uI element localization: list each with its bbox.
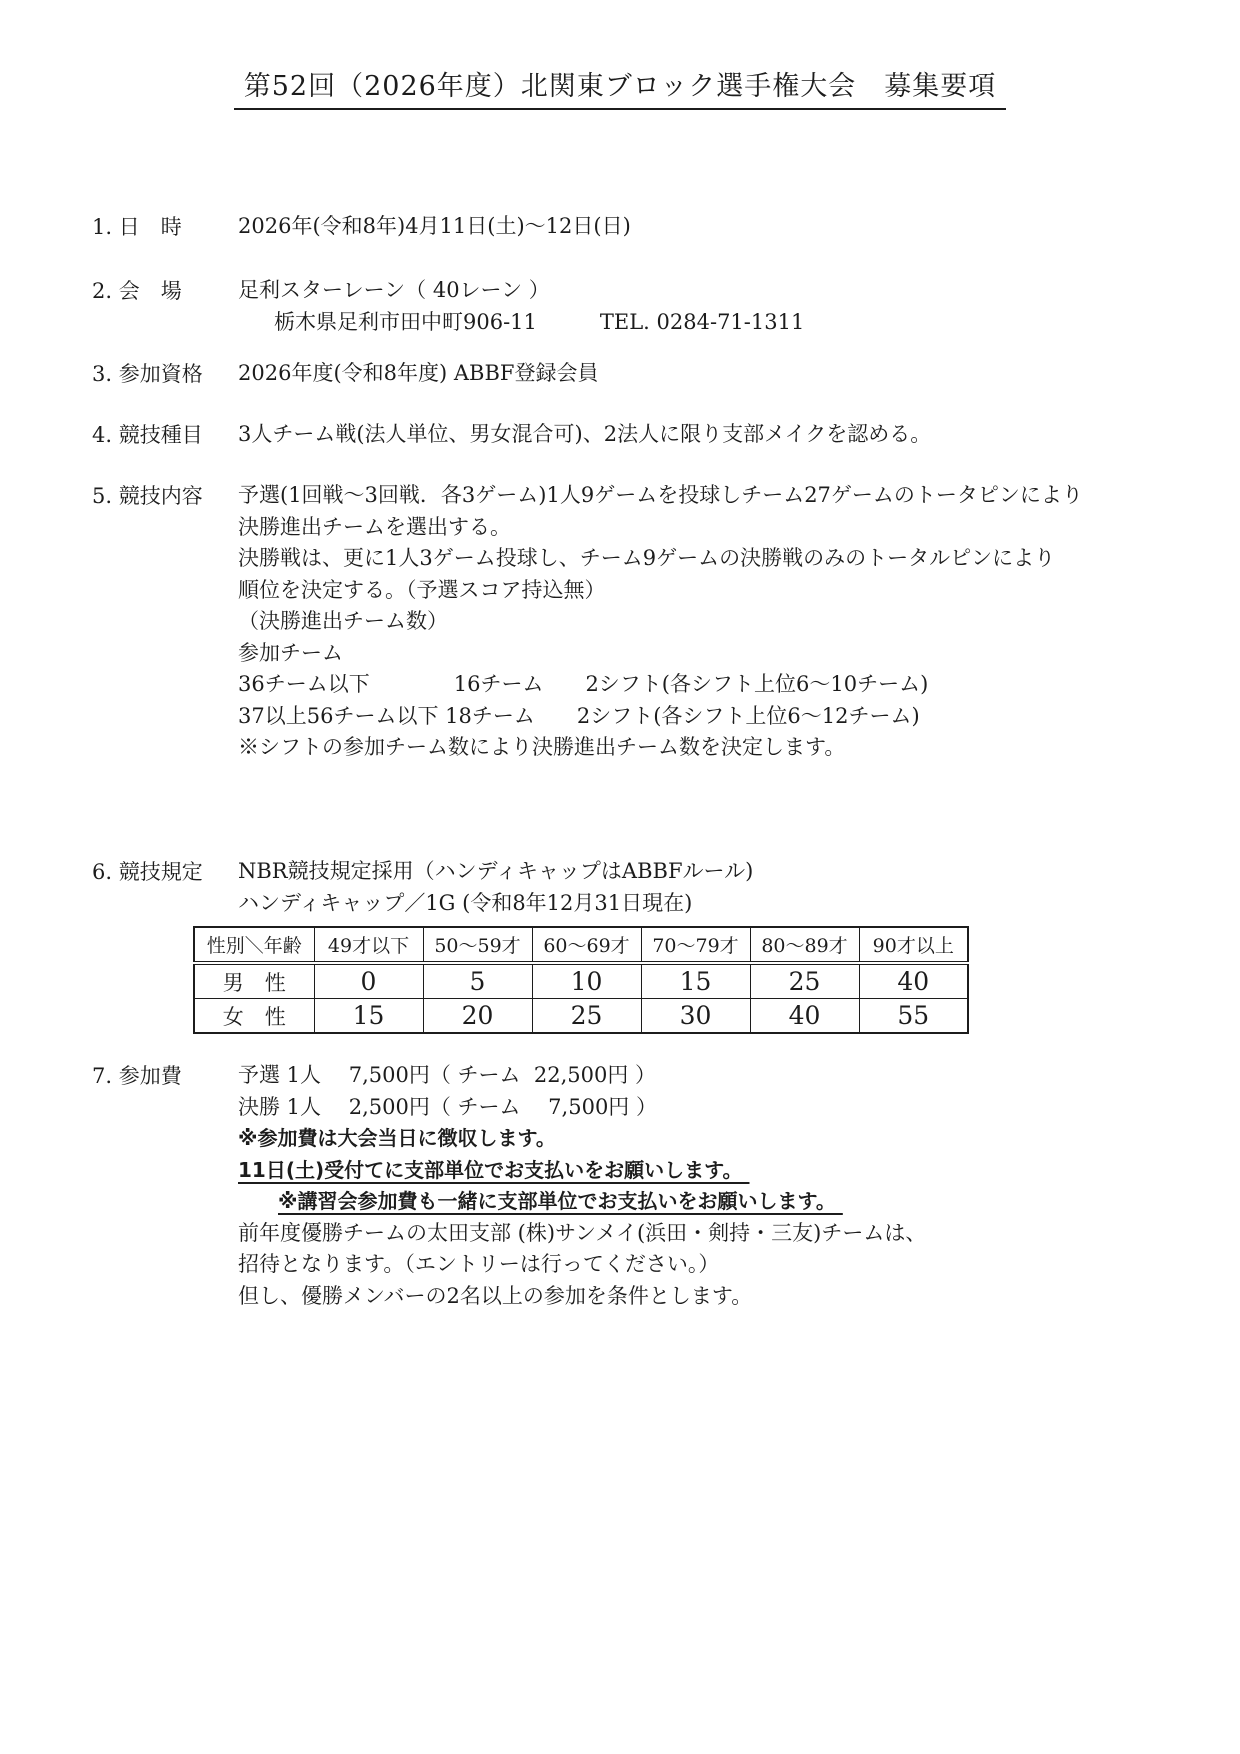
handicap-row-label: 女 性 [194,999,314,1034]
handicap-value: 25 [532,999,641,1034]
document-title-wrap: 第52回（2026年度）北関東ブロック選手権大会 募集要項 [0,64,1240,110]
competition-line: （決勝進出チーム数） [238,606,1138,638]
handicap-row-female: 女 性 15 20 25 30 40 55 [194,999,968,1034]
previous-champion-line: 前年度優勝チームの太田支部 (株)サンメイ(浜田・剣持・三友)チームは、 [238,1218,1138,1250]
section-event-type-label: 4. 競技種目 [92,419,203,449]
section-eligibility-label: 3. 参加資格 [92,358,203,388]
section-eligibility-text: 2026年度(令和8年度) ABBF登録会員 [238,358,1138,390]
rules-line: ハンディキャップ／1G (令和8年12月31日現在) [238,888,1138,920]
fee-note-pay-branch: 11日(土)受付てに支部単位でお支払いをお願いします。 [238,1155,1138,1187]
handicap-value: 15 [641,963,750,999]
section-event-type-text: 3人チーム戦(法人単位、男女混合可)、2法人に限り支部メイクを認める。 [238,419,1138,451]
handicap-value: 55 [859,999,968,1034]
section-datetime-text: 2026年(令和8年)4月11日(土)～12日(日) [238,211,1138,243]
fee-qualifying: 予選 1人 7,500円（ チーム 22,500円 ） [238,1060,1138,1092]
competition-line: 参加チーム [238,638,1138,670]
previous-champion-line: 但し、優勝メンバーの2名以上の参加を条件とします。 [238,1281,1138,1313]
handicap-value: 5 [423,963,532,999]
competition-line: 36チーム以下 16チーム 2シフト(各シフト上位6～10チーム) [238,669,1138,701]
competition-line: 予選(1回戦～3回戦．各3ゲーム)1人9ゲームを投球しチーム27ゲームのトータピ… [238,480,1138,512]
handicap-header-cell: 70～79才 [641,927,750,963]
section-venue-label: 2. 会 場 [92,275,182,305]
handicap-row-label: 男 性 [194,963,314,999]
handicap-value: 40 [750,999,859,1034]
venue-address: 栃木県足利市田中町906-11 TEL. 0284-71-1311 [238,307,1138,339]
rules-line: NBR競技規定採用（ハンディキャップはABBFルール) [238,856,1138,888]
handicap-value: 10 [532,963,641,999]
handicap-table: 性別＼年齢 49才以下 50～59才 60～69才 70～79才 80～89才 … [193,926,969,1034]
handicap-table-header-row: 性別＼年齢 49才以下 50～59才 60～69才 70～79才 80～89才 … [194,927,968,963]
document-title: 第52回（2026年度）北関東ブロック選手権大会 募集要項 [234,64,1007,110]
handicap-header-cell: 49才以下 [314,927,423,963]
section-datetime-label: 1. 日 時 [92,211,182,241]
previous-champion-line: 招待となります。（エントリーは行ってください。） [238,1249,1138,1281]
handicap-row-male: 男 性 0 5 10 15 25 40 [194,963,968,999]
document-page: 第52回（2026年度）北関東ブロック選手権大会 募集要項 1. 日 時 202… [0,0,1240,1754]
fee-final: 決勝 1人 2,500円（ チーム 7,500円 ） [238,1092,1138,1124]
competition-line: ※シフトの参加チーム数により決勝進出チーム数を決定します。 [238,732,1138,764]
handicap-header-cell: 90才以上 [859,927,968,963]
handicap-header-cell: 80～89才 [750,927,859,963]
handicap-value: 25 [750,963,859,999]
competition-line: 順位を決定する。（予選スコア持込無） [238,575,1138,607]
handicap-value: 15 [314,999,423,1034]
venue-name: 足利スターレーン（ 40レーン ） [238,275,1138,307]
competition-line: 37以上56チーム以下 18チーム 2シフト(各シフト上位6～12チーム) [238,701,1138,733]
handicap-value: 20 [423,999,532,1034]
fee-note-collect: ※参加費は大会当日に徴収します。 [238,1123,1138,1155]
competition-line: 決勝進出チームを選出する。 [238,512,1138,544]
handicap-header-cell: 60～69才 [532,927,641,963]
handicap-header-cell: 性別＼年齢 [194,927,314,963]
fee-note-pay-seminar: ※講習会参加費も一緒に支部単位でお支払いをお願いします。 [238,1186,1138,1218]
section-rules-label: 6. 競技規定 [92,856,203,886]
competition-line: 決勝戦は、更に1人3ゲーム投球し、チーム9ゲームの決勝戦のみのトータルピンにより [238,543,1138,575]
handicap-value: 0 [314,963,423,999]
handicap-value: 30 [641,999,750,1034]
handicap-value: 40 [859,963,968,999]
section-competition-details-label: 5. 競技内容 [92,480,203,510]
handicap-header-cell: 50～59才 [423,927,532,963]
section-entry-fee-label: 7. 参加費 [92,1060,182,1090]
